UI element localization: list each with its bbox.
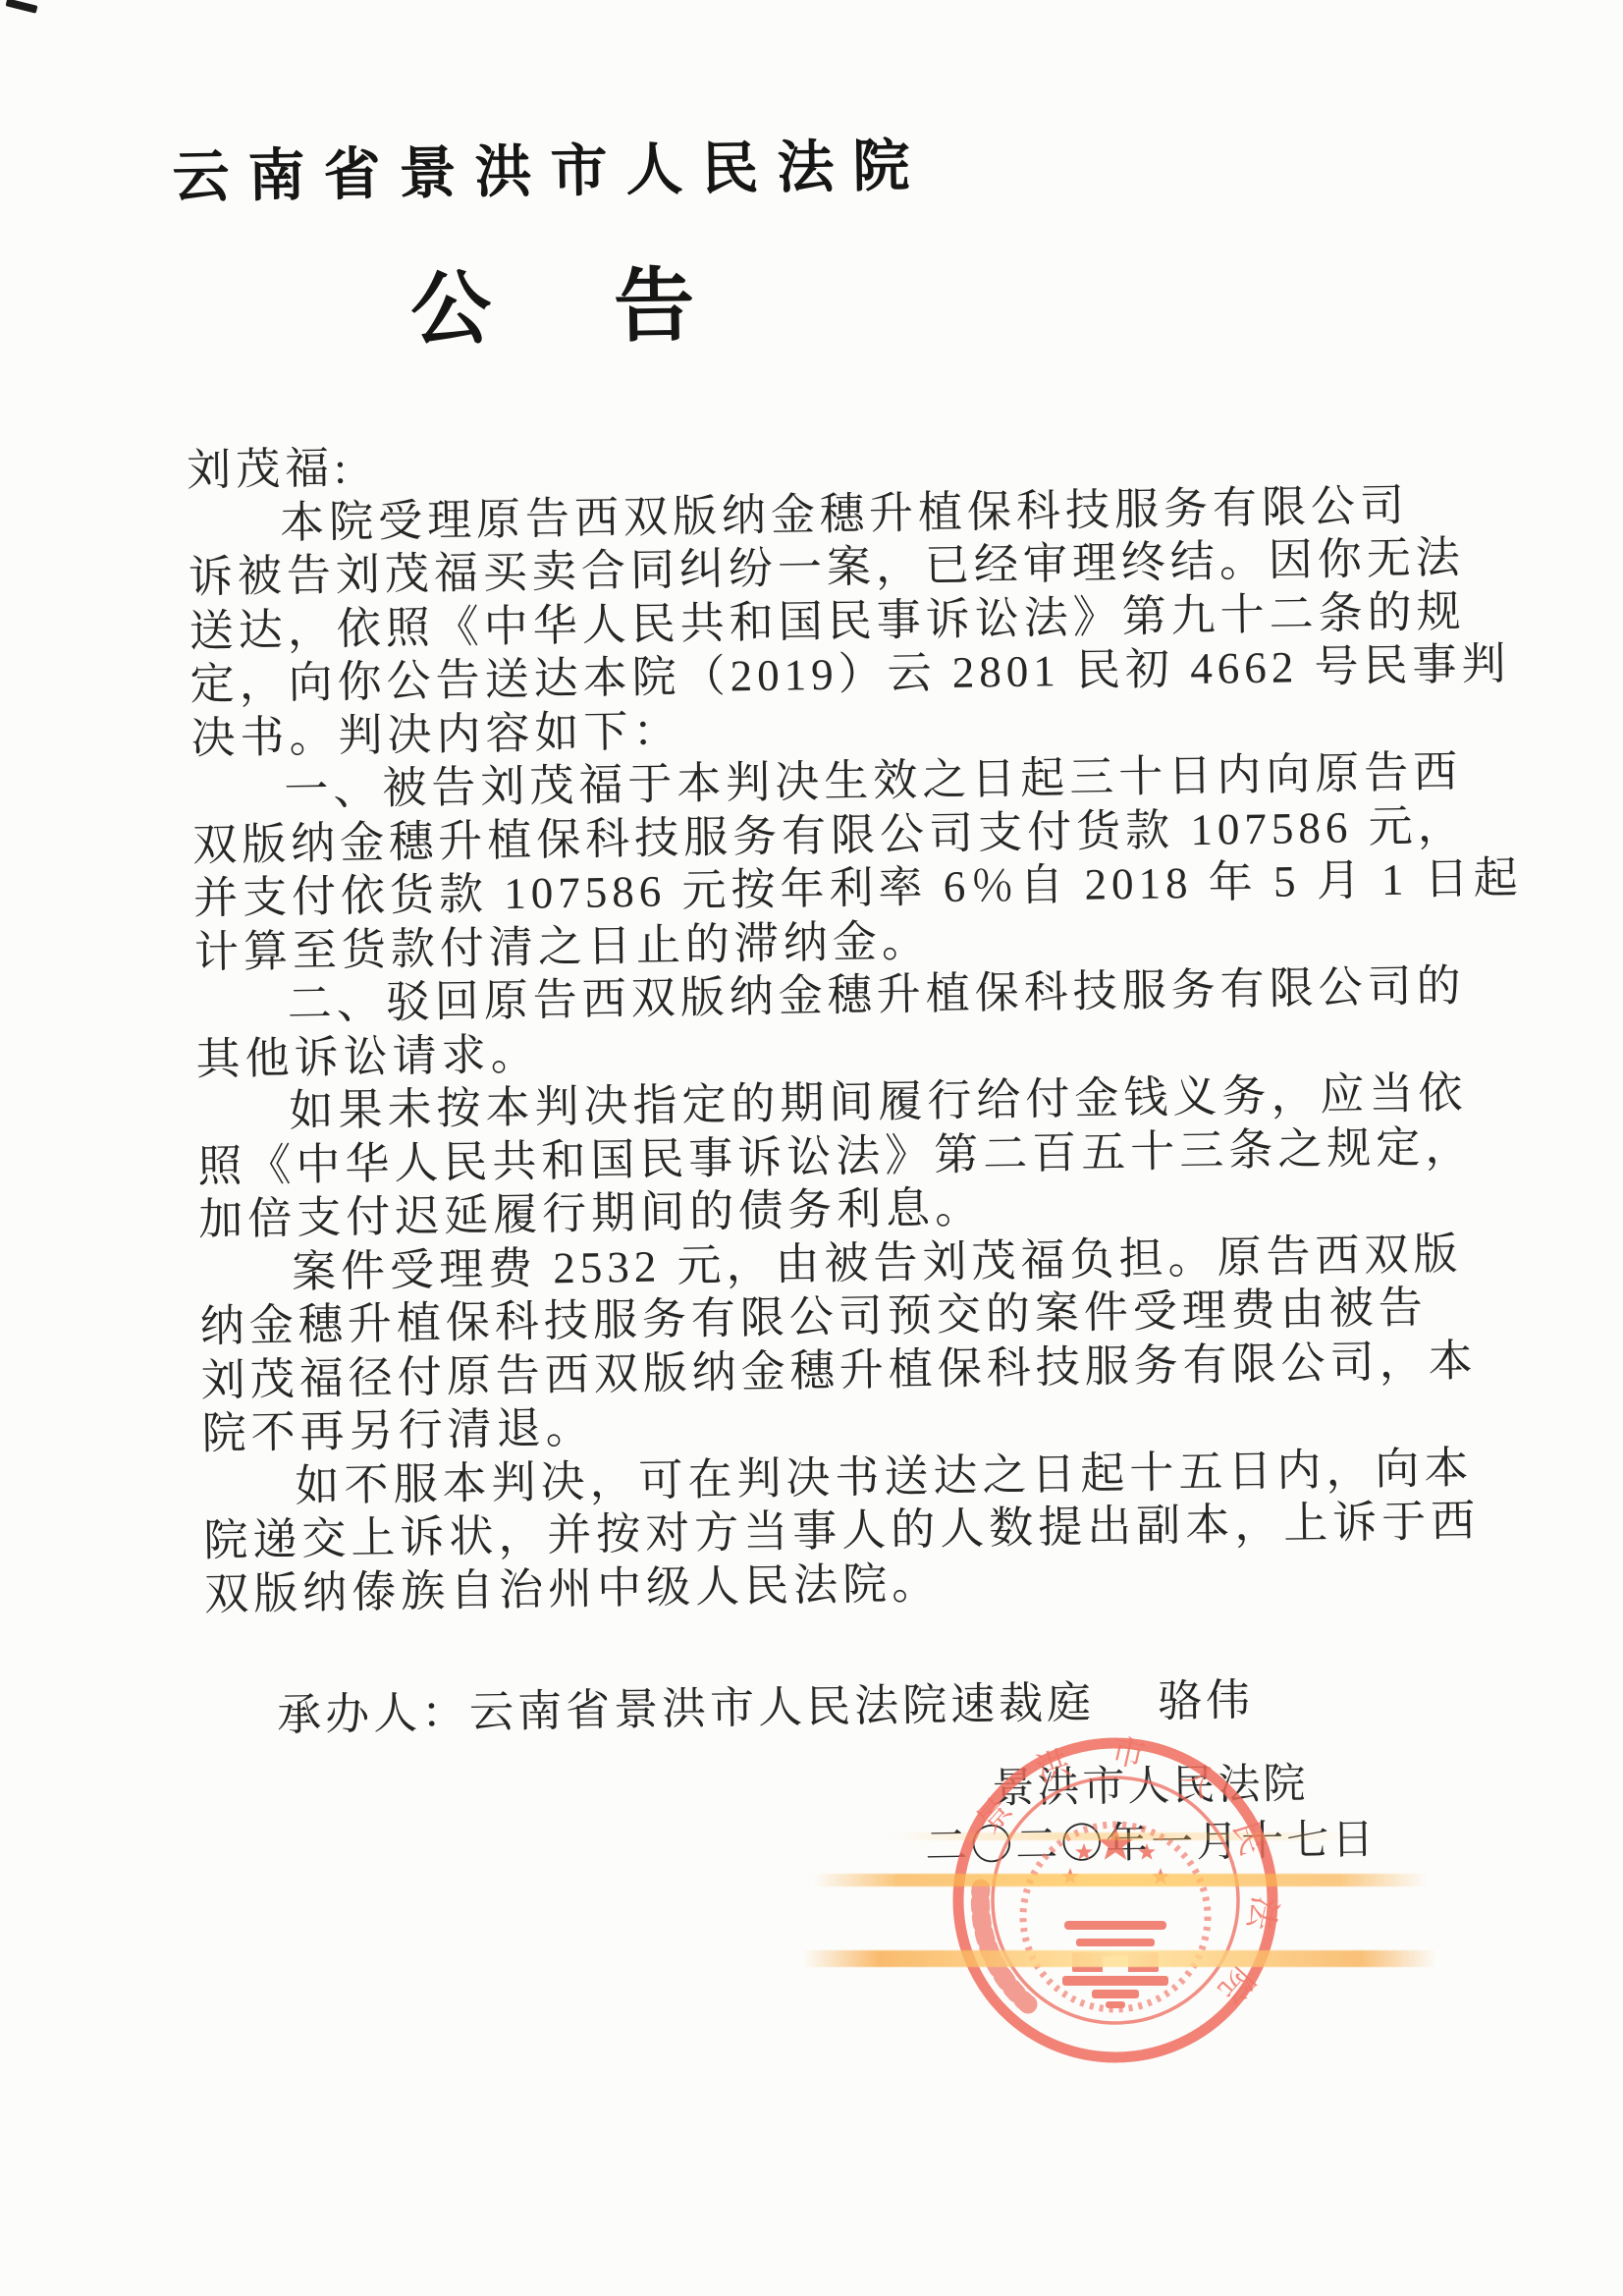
handler-line: 承办人：云南省景洪市人民法院速裁庭骆伟 [206, 1660, 1493, 1744]
document-title-text: 公告 [409, 259, 817, 355]
court-name-heading: 云南省景洪市人民法院 [172, 134, 929, 210]
scan-light-streak [813, 1874, 1427, 1886]
scan-light-streak [889, 1832, 1360, 1840]
document-title: 公告 [174, 255, 931, 361]
document-body: 刘茂福: 本院受理原告西双版纳金穗升植保科技服务有限公司 诉被告刘茂福买卖合同纠… [187, 424, 1493, 1744]
court-announcement-document: 云南省景洪市人民法院 公告 刘茂福: 本院受理原告西双版纳金穗升植保科技服务有限… [0, 0, 1623, 2296]
handler-gap [1095, 1717, 1158, 1718]
scan-light-streak [803, 1950, 1436, 1967]
handler-name: 骆伟 [1158, 1675, 1255, 1726]
seal-national-emblem [1023, 1825, 1208, 2009]
seal-inner-ring [993, 1777, 1238, 2023]
official-court-seal: 景洪市人民法院 [946, 1730, 1285, 2070]
